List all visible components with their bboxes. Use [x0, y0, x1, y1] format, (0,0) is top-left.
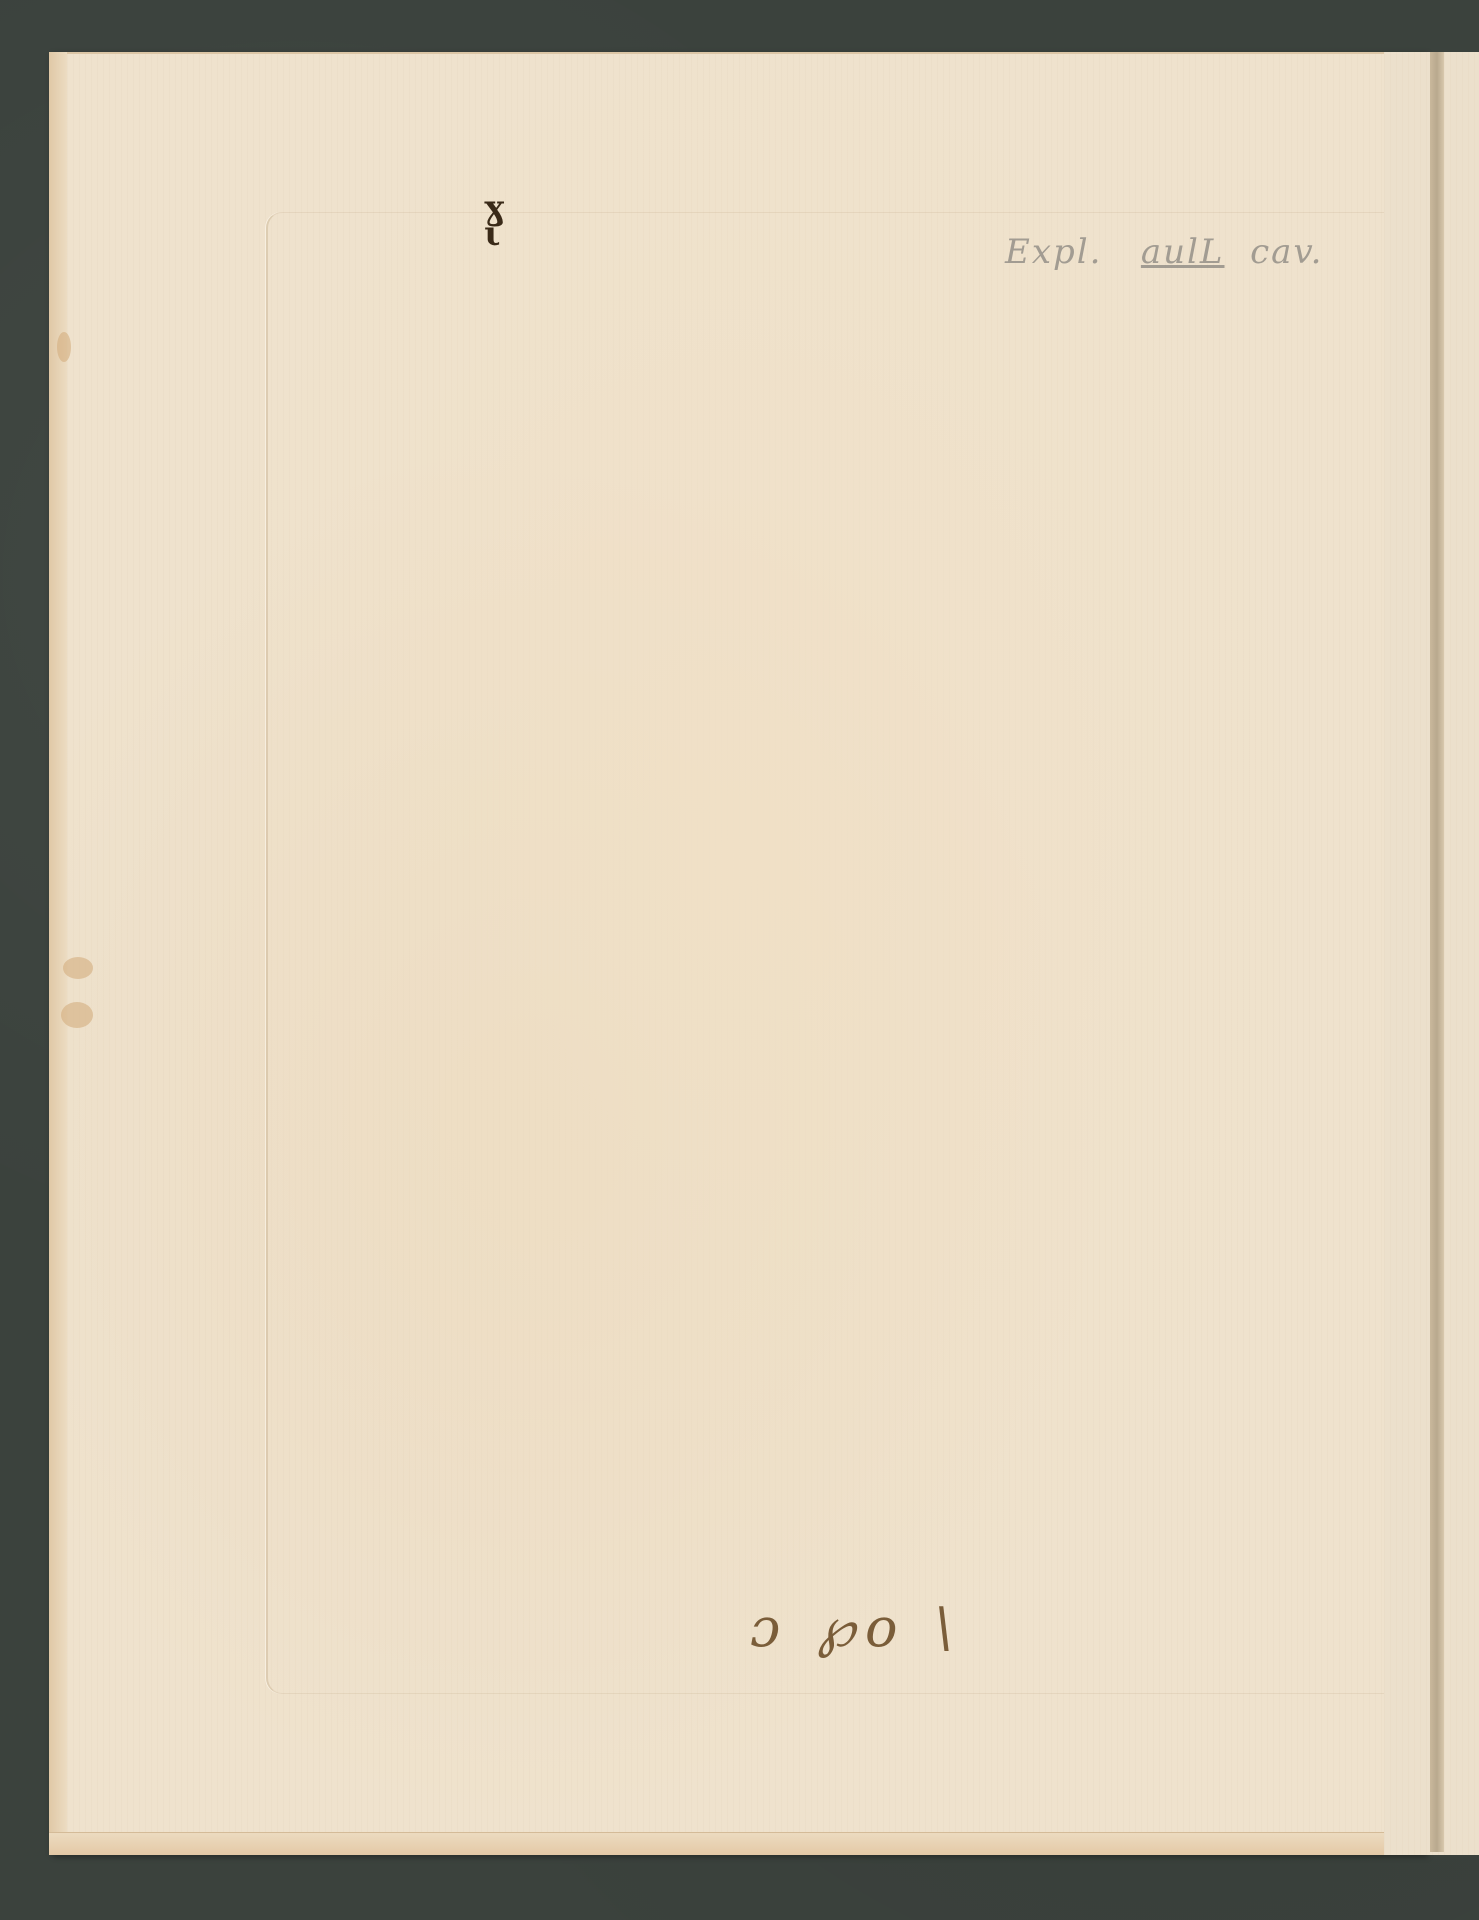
manuscript-leaf: [49, 52, 1426, 1855]
pencil-word: Expl.: [1005, 232, 1102, 272]
paper-left-edge: [49, 52, 67, 1855]
stain: [61, 1002, 93, 1028]
stain: [63, 957, 93, 979]
plate-impression: [266, 212, 1388, 1694]
ink-mark-top: ɣ ι: [484, 195, 504, 247]
paper-bottom-edge: [49, 1832, 1426, 1855]
ink-show-through-mark: ɔ ℘o \: [750, 1596, 963, 1659]
pencil-annotation: Expl. aulL cav.: [1005, 232, 1323, 272]
stain: [57, 332, 71, 362]
binding-gutter: [1430, 52, 1444, 1852]
pencil-word: cav.: [1250, 232, 1323, 272]
pencil-word-underlined: aulL: [1141, 232, 1225, 272]
